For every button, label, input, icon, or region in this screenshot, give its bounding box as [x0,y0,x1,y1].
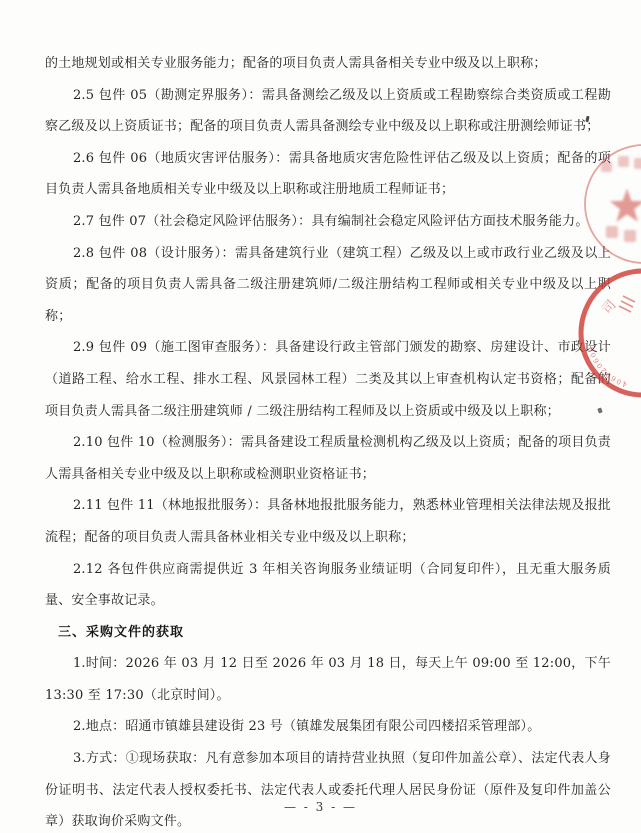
section-heading: 三、采购文件的获取 [45,617,611,649]
paragraph: 3.方式：①现场获取：凡有意参加本项目的请持营业执照（复印件加盖公章）、法定代表… [45,743,611,833]
paragraph: 2.9 包件 09（施工图审查服务）：具备建设行政主管部门颁发的勘察、房建设计、… [45,332,611,427]
paragraph: 2.地点：昭通市镇雄县建设街 23 号（镇雄发展集团有限公司四楼招采管理部）。 [45,711,611,743]
page-number: — - 3 - — [0,800,641,814]
paragraph: 1.时间：2026 年 03 月 12 日至 2026 年 03 月 18 日，… [45,648,611,711]
paragraph: 2.10 包件 10（检测服务）：需具备建设工程质量检测机构乙级及以上资质；配备… [45,427,611,490]
paragraph: 2.7 包件 07（社会稳定风险评估服务）：具有编制社会稳定风险评估方面技术服务… [45,206,611,238]
scanned-document-page: 的土地规划或相关专业服务能力；配备的项目负责人需具备相关专业中级及以上职称；2.… [0,0,641,833]
paragraph: 2.5 包件 05（勘测定界服务）：需具备测绘乙级及以上资质或工程勘察综合类资质… [45,80,611,143]
paragraph: 2.12 各包件供应商需提供近 3 年相关咨询服务业绩证明（合同复印件），且无重… [45,554,611,617]
paragraph: 的土地规划或相关专业服务能力；配备的项目负责人需具备相关专业中级及以上职称； [45,48,611,80]
paragraph: 2.6 包件 06（地质灾害评估服务）：需具备地质灾害危险性评估乙级及以上资质；… [45,143,611,206]
document-body: 的土地规划或相关专业服务能力；配备的项目负责人需具备相关专业中级及以上职称；2.… [45,48,611,833]
paragraph: 2.8 包件 08（设计服务）：需具备建筑行业（建筑工程）乙级及以上或市政行业乙… [45,238,611,333]
paragraph: 2.11 包件 11（林地报批服务）：具备林地报批服务能力，熟悉林业管理相关法律… [45,490,611,553]
